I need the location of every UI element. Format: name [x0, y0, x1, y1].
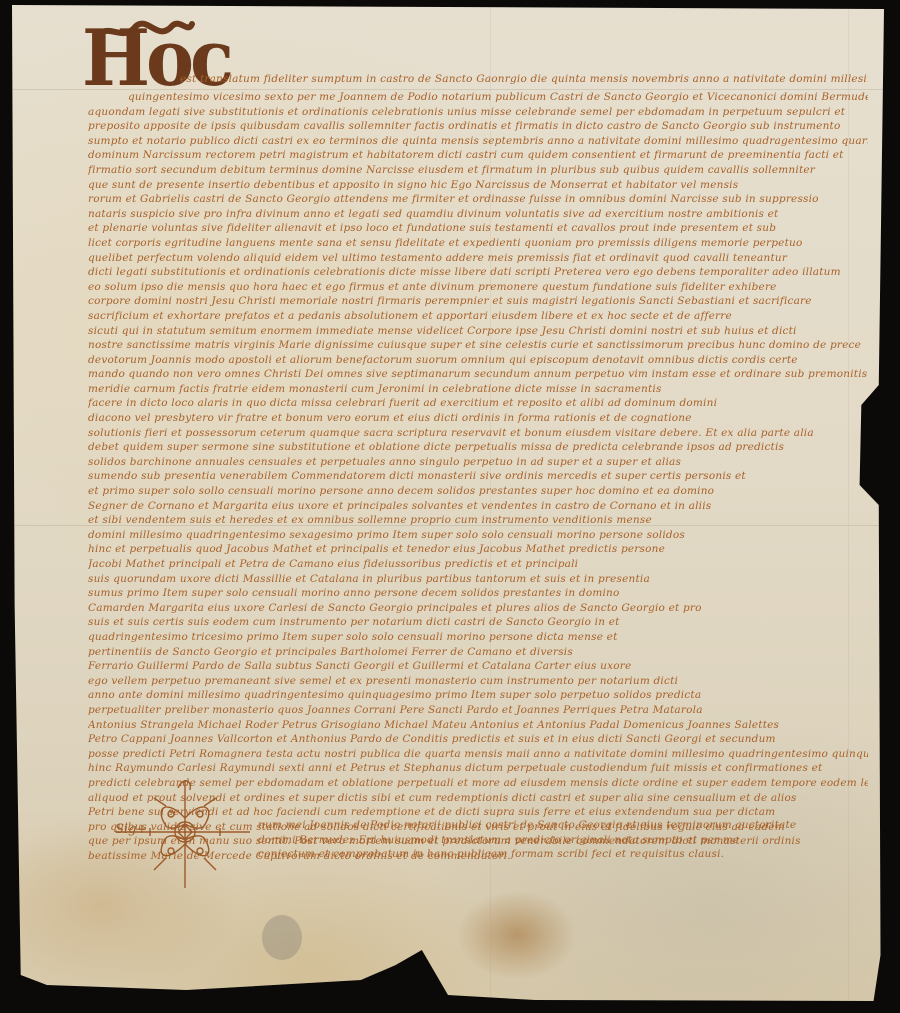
text-line: solidos barchinone annuales censuales et…: [88, 455, 868, 470]
text-line: quelibet perfectum volendo aliquid eidem…: [88, 251, 868, 266]
subscription-line: domini Bermudez Epi huiusmodi translatum…: [258, 833, 838, 848]
water-stain: [262, 915, 302, 960]
text-line: nostre sanctissime matris virginis Marie…: [88, 338, 868, 353]
text-line: suis et suis certis suis eodem cum instr…: [88, 615, 868, 630]
text-line: debet quidem super sermone sine substitu…: [88, 440, 868, 455]
text-line: sumpto et notario publico dicti castri e…: [88, 134, 868, 149]
subscription-line: conjectum et comprobatum in hanc publica…: [258, 847, 838, 862]
text-line: mando quando non vero omnes Christi Dei …: [88, 367, 868, 382]
text-line: domini millesimo quadringentesimo sexage…: [88, 528, 868, 543]
text-line: posse predicti Petri Romagnera testa act…: [88, 747, 868, 762]
text-line: licet corporis egritudine languens mente…: [88, 236, 868, 251]
text-line: dicti legati substitutionis et ordinatio…: [88, 265, 868, 280]
text-line: facere in dicto loco alaris in quo dicta…: [88, 396, 868, 411]
notarial-subscription: num mei Joannis de Podio notarii publici…: [258, 818, 838, 862]
text-line: perpetualiter preliber monasterio quos J…: [88, 703, 868, 718]
text-line: et primo super solo sollo censuali morin…: [88, 484, 868, 499]
text-line: diacono vel presbytero vir fratre et bon…: [88, 411, 868, 426]
text-line: et sibi vendentem suis et heredes et ex …: [88, 513, 868, 528]
charter-body-text: est translatum fideliter sumptum in cast…: [88, 56, 868, 863]
text-line: firmatio sort secundum debitum terminus …: [88, 163, 868, 178]
text-line: Ferrario Guillermi Pardo de Salla subtus…: [88, 659, 868, 674]
text-line: pertinentiis de Sancto Georgio et princi…: [88, 645, 868, 660]
text-line: rorum et Gabrielis castri de Sancto Geor…: [88, 192, 868, 207]
text-line: nataris suspicio sive pro infra divinum …: [88, 207, 868, 222]
text-line: preposito apposite de ipsis quibusdam ca…: [88, 119, 868, 134]
text-line: sacrificium et exhortare prefatos et a p…: [88, 309, 868, 324]
text-line: Segner de Cornano et Margarita eius uxor…: [88, 499, 868, 514]
text-line: et plenarie voluntas sive fideliter alie…: [88, 221, 868, 236]
text-line: Antonius Strangela Michael Roder Petrus …: [88, 718, 868, 733]
text-line: corpore domini nostri Jesu Christi memor…: [88, 294, 868, 309]
text-line: suis quorundam uxore dicti Massillie et …: [88, 572, 868, 587]
text-line: est translatum fideliter sumptum in cast…: [88, 56, 868, 90]
text-line: hinc et perpetualis quod Jacobus Mathet …: [88, 542, 868, 557]
text-line: Jacobi Mathet principali et Petra de Cam…: [88, 557, 868, 572]
text-line: aquondam legati sive substitutionis et o…: [88, 105, 868, 120]
text-line: sicuti qui in statutum semitum enormem i…: [88, 324, 868, 339]
text-line: dominum Narcissum rectorem petri magistr…: [88, 148, 868, 163]
text-line: que sunt de presente insertio debentibus…: [88, 178, 868, 193]
text-line: solutionis fieri et possessorum ceterum …: [88, 426, 868, 441]
text-line: Camarden Margarita eius uxore Carlesi de…: [88, 601, 868, 616]
text-line: quadringentesimo tricesimo primo Item su…: [88, 630, 868, 645]
subscription-line: num mei Joannis de Podio notarii publici…: [258, 818, 838, 833]
text-line: sumus primo Item super solo censuali mor…: [88, 586, 868, 601]
text-line: ego vellem perpetuo premaneant sive seme…: [88, 674, 868, 689]
notarial-sign-label: Sig+: [115, 822, 147, 837]
text-line: devotorum Joannis modo apostoli et alior…: [88, 353, 868, 368]
text-line: anno ante domini millesimo quadringentes…: [88, 688, 868, 703]
text-line: sumendo sub presentia venerabilem Commen…: [88, 469, 868, 484]
text-line: hinc Raymundo Carlesi Raymundi sexti ann…: [88, 761, 868, 776]
text-line: meridie carnum factis fratrie eidem mona…: [88, 382, 868, 397]
text-line: quingentesimo vicesimo sexto per me Joan…: [88, 90, 868, 105]
text-line: Petro Cappani Joannes Vallcorton et Anth…: [88, 732, 868, 747]
text-line: eo solum ipso die mensis quo hora haec e…: [88, 280, 868, 295]
